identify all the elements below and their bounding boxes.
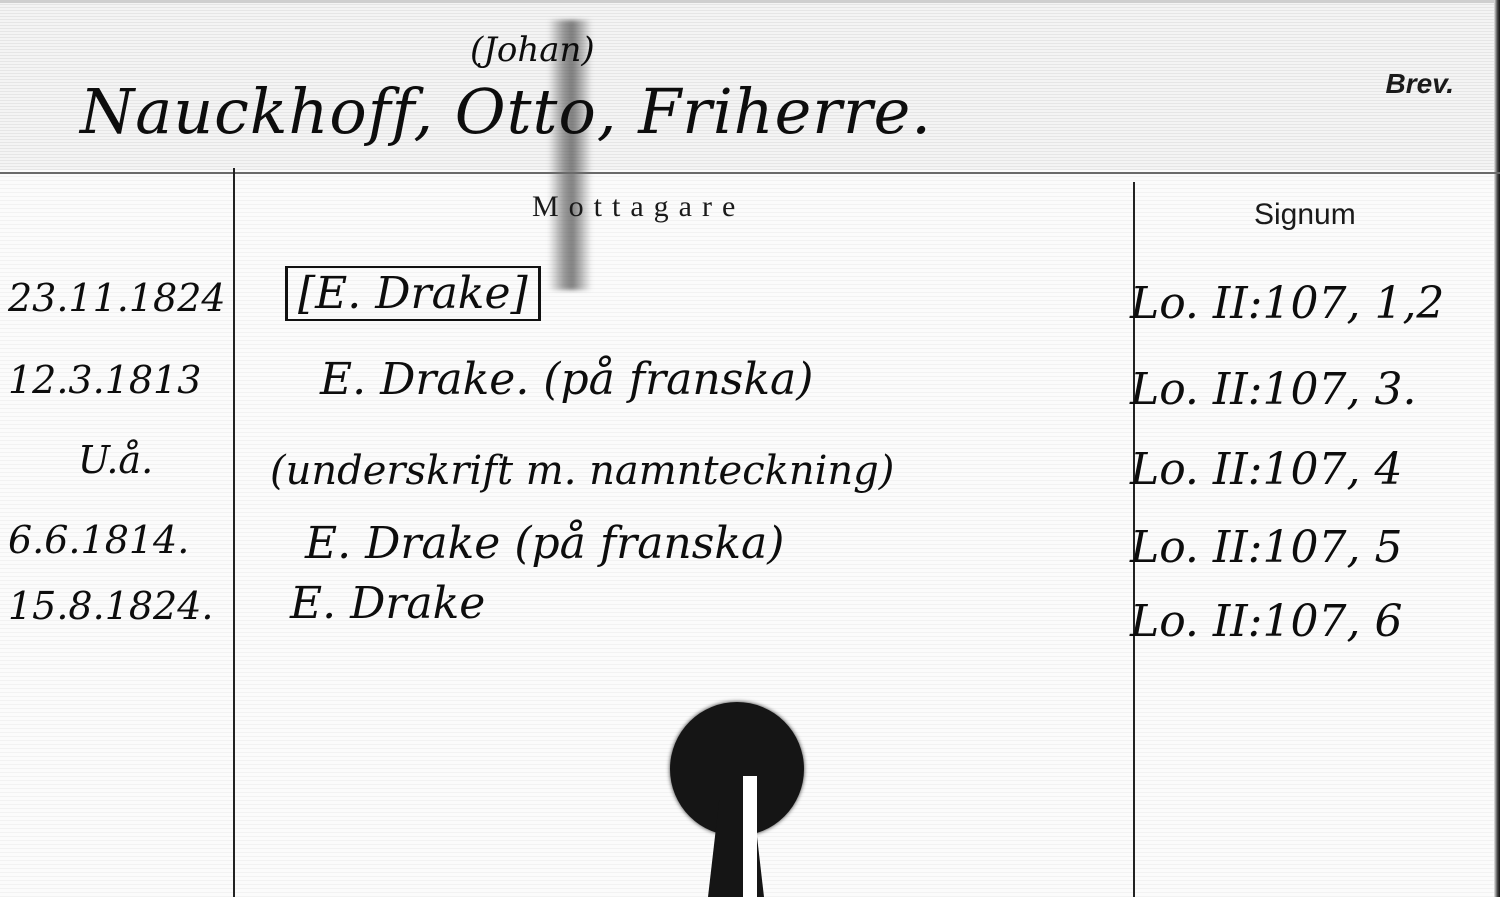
- entry-recipient: E. Drake. (på franska): [320, 354, 813, 405]
- bracketed-recipient: [E. Drake]: [285, 266, 541, 321]
- entry-date: U.å.: [8, 438, 223, 482]
- header-rule: [0, 172, 1500, 174]
- entry-recipient: E. Drake: [290, 578, 485, 629]
- card-heading-name: Nauckhoff, Otto, Friherre.: [80, 75, 932, 148]
- entry-signum: Lo. II:107, 5: [1130, 522, 1402, 573]
- entry-row: 6.6.1814. E. Drake (på franska) Lo. II:1…: [0, 508, 1500, 580]
- archive-index-card: (Johan) Nauckhoff, Otto, Friherre. Brev.…: [0, 0, 1500, 897]
- entry-row: 12.3.1813 E. Drake. (på franska) Lo. II:…: [0, 350, 1500, 422]
- entry-date: 6.6.1814.: [8, 518, 223, 562]
- entry-recipient: E. Drake (på franska): [305, 518, 784, 569]
- entry-date: 23.11.1824: [8, 276, 223, 320]
- entry-date: 12.3.1813: [8, 358, 223, 402]
- card-top-edge: [0, 0, 1500, 3]
- column-header-recipient: Mottagare: [532, 190, 745, 224]
- entry-recipient: (underskrift m. namnteckning): [270, 448, 894, 494]
- entry-recipient: [E. Drake]: [285, 268, 541, 319]
- name-insertion: (Johan): [470, 30, 595, 70]
- entry-row: 15.8.1824. E. Drake Lo. II:107, 6: [0, 578, 1500, 650]
- category-label: Brev.: [1386, 68, 1455, 100]
- entry-signum: Lo. II:107, 3.: [1130, 364, 1416, 415]
- entry-date: 15.8.1824.: [8, 584, 223, 628]
- entry-row: 23.11.1824 [E. Drake] Lo. II:107, 1,2: [0, 268, 1500, 340]
- entry-row: U.å. (underskrift m. namnteckning) Lo. I…: [0, 428, 1500, 500]
- entry-signum: Lo. II:107, 4: [1130, 444, 1402, 495]
- column-header-signum: Signum: [1254, 198, 1356, 232]
- entry-signum: Lo. II:107, 1,2: [1130, 278, 1444, 329]
- filing-rod-gap: [743, 776, 757, 897]
- entry-signum: Lo. II:107, 6: [1130, 596, 1402, 647]
